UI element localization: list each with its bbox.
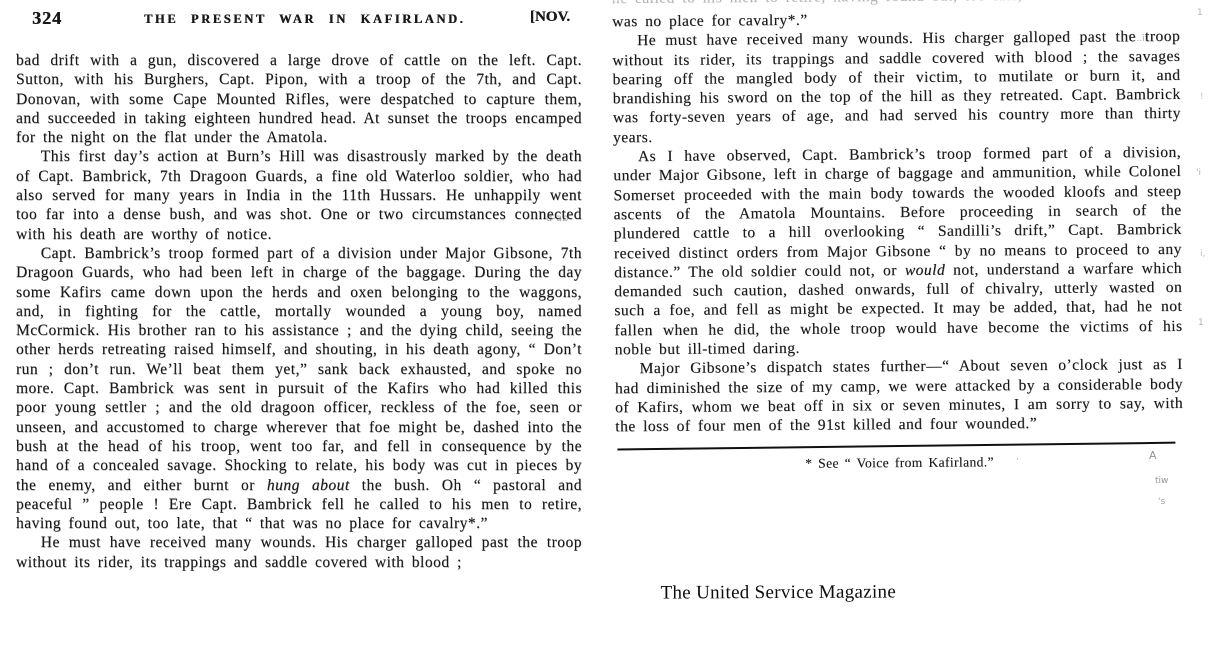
clipped-top-line-text: he called to his men to retire, having f… (612, 0, 1180, 8)
scan-artifact: i, (1200, 249, 1205, 259)
paragraph: Capt. Bambrick’s troop formed part of a … (16, 244, 582, 533)
left-page-body: bad drift with a gun, discovered a large… (16, 51, 582, 572)
page-number: 324 (32, 8, 62, 29)
right-page: he called to his men to retire, having f… (612, 0, 1185, 661)
page-header: 324 THE PRESENT WAR IN KAFIRLAND. [NOV. (16, 8, 582, 34)
right-page-body: was no place for cavalry*.” He must have… (612, 8, 1183, 437)
footnote-rule (617, 441, 1175, 450)
scan-artifact: 1 (1198, 318, 1204, 328)
paragraph: He must have received many wounds. His c… (16, 533, 582, 572)
paragraph: He must have received many wounds. His c… (612, 27, 1181, 147)
paragraph: This first day’s action at Burn’s Hill w… (16, 147, 582, 243)
issue-month-marker: [NOV. (530, 9, 570, 26)
paragraph: As I have observed, Capt. Bambrick’s tro… (613, 143, 1183, 360)
scan-artifact: 1 (1197, 8, 1203, 18)
scan-artifact: ! (1200, 92, 1204, 102)
handwritten-annotation: The United Service Magazine (661, 582, 897, 605)
footnote: * See “ Voice from Kafirland.” (616, 452, 1184, 472)
paragraph: bad drift with a gun, discovered a large… (16, 51, 582, 147)
paragraph: Major Gibsone’s dispatch states further—… (615, 355, 1184, 437)
scan-artifact: 'i (1196, 168, 1201, 178)
running-title: THE PRESENT WAR IN KAFIRLAND. (144, 12, 465, 27)
left-page: 324 THE PRESENT WAR IN KAFIRLAND. [NOV. … (16, 8, 582, 572)
scanned-book-spread: 324 THE PRESENT WAR IN KAFIRLAND. [NOV. … (0, 0, 1216, 661)
